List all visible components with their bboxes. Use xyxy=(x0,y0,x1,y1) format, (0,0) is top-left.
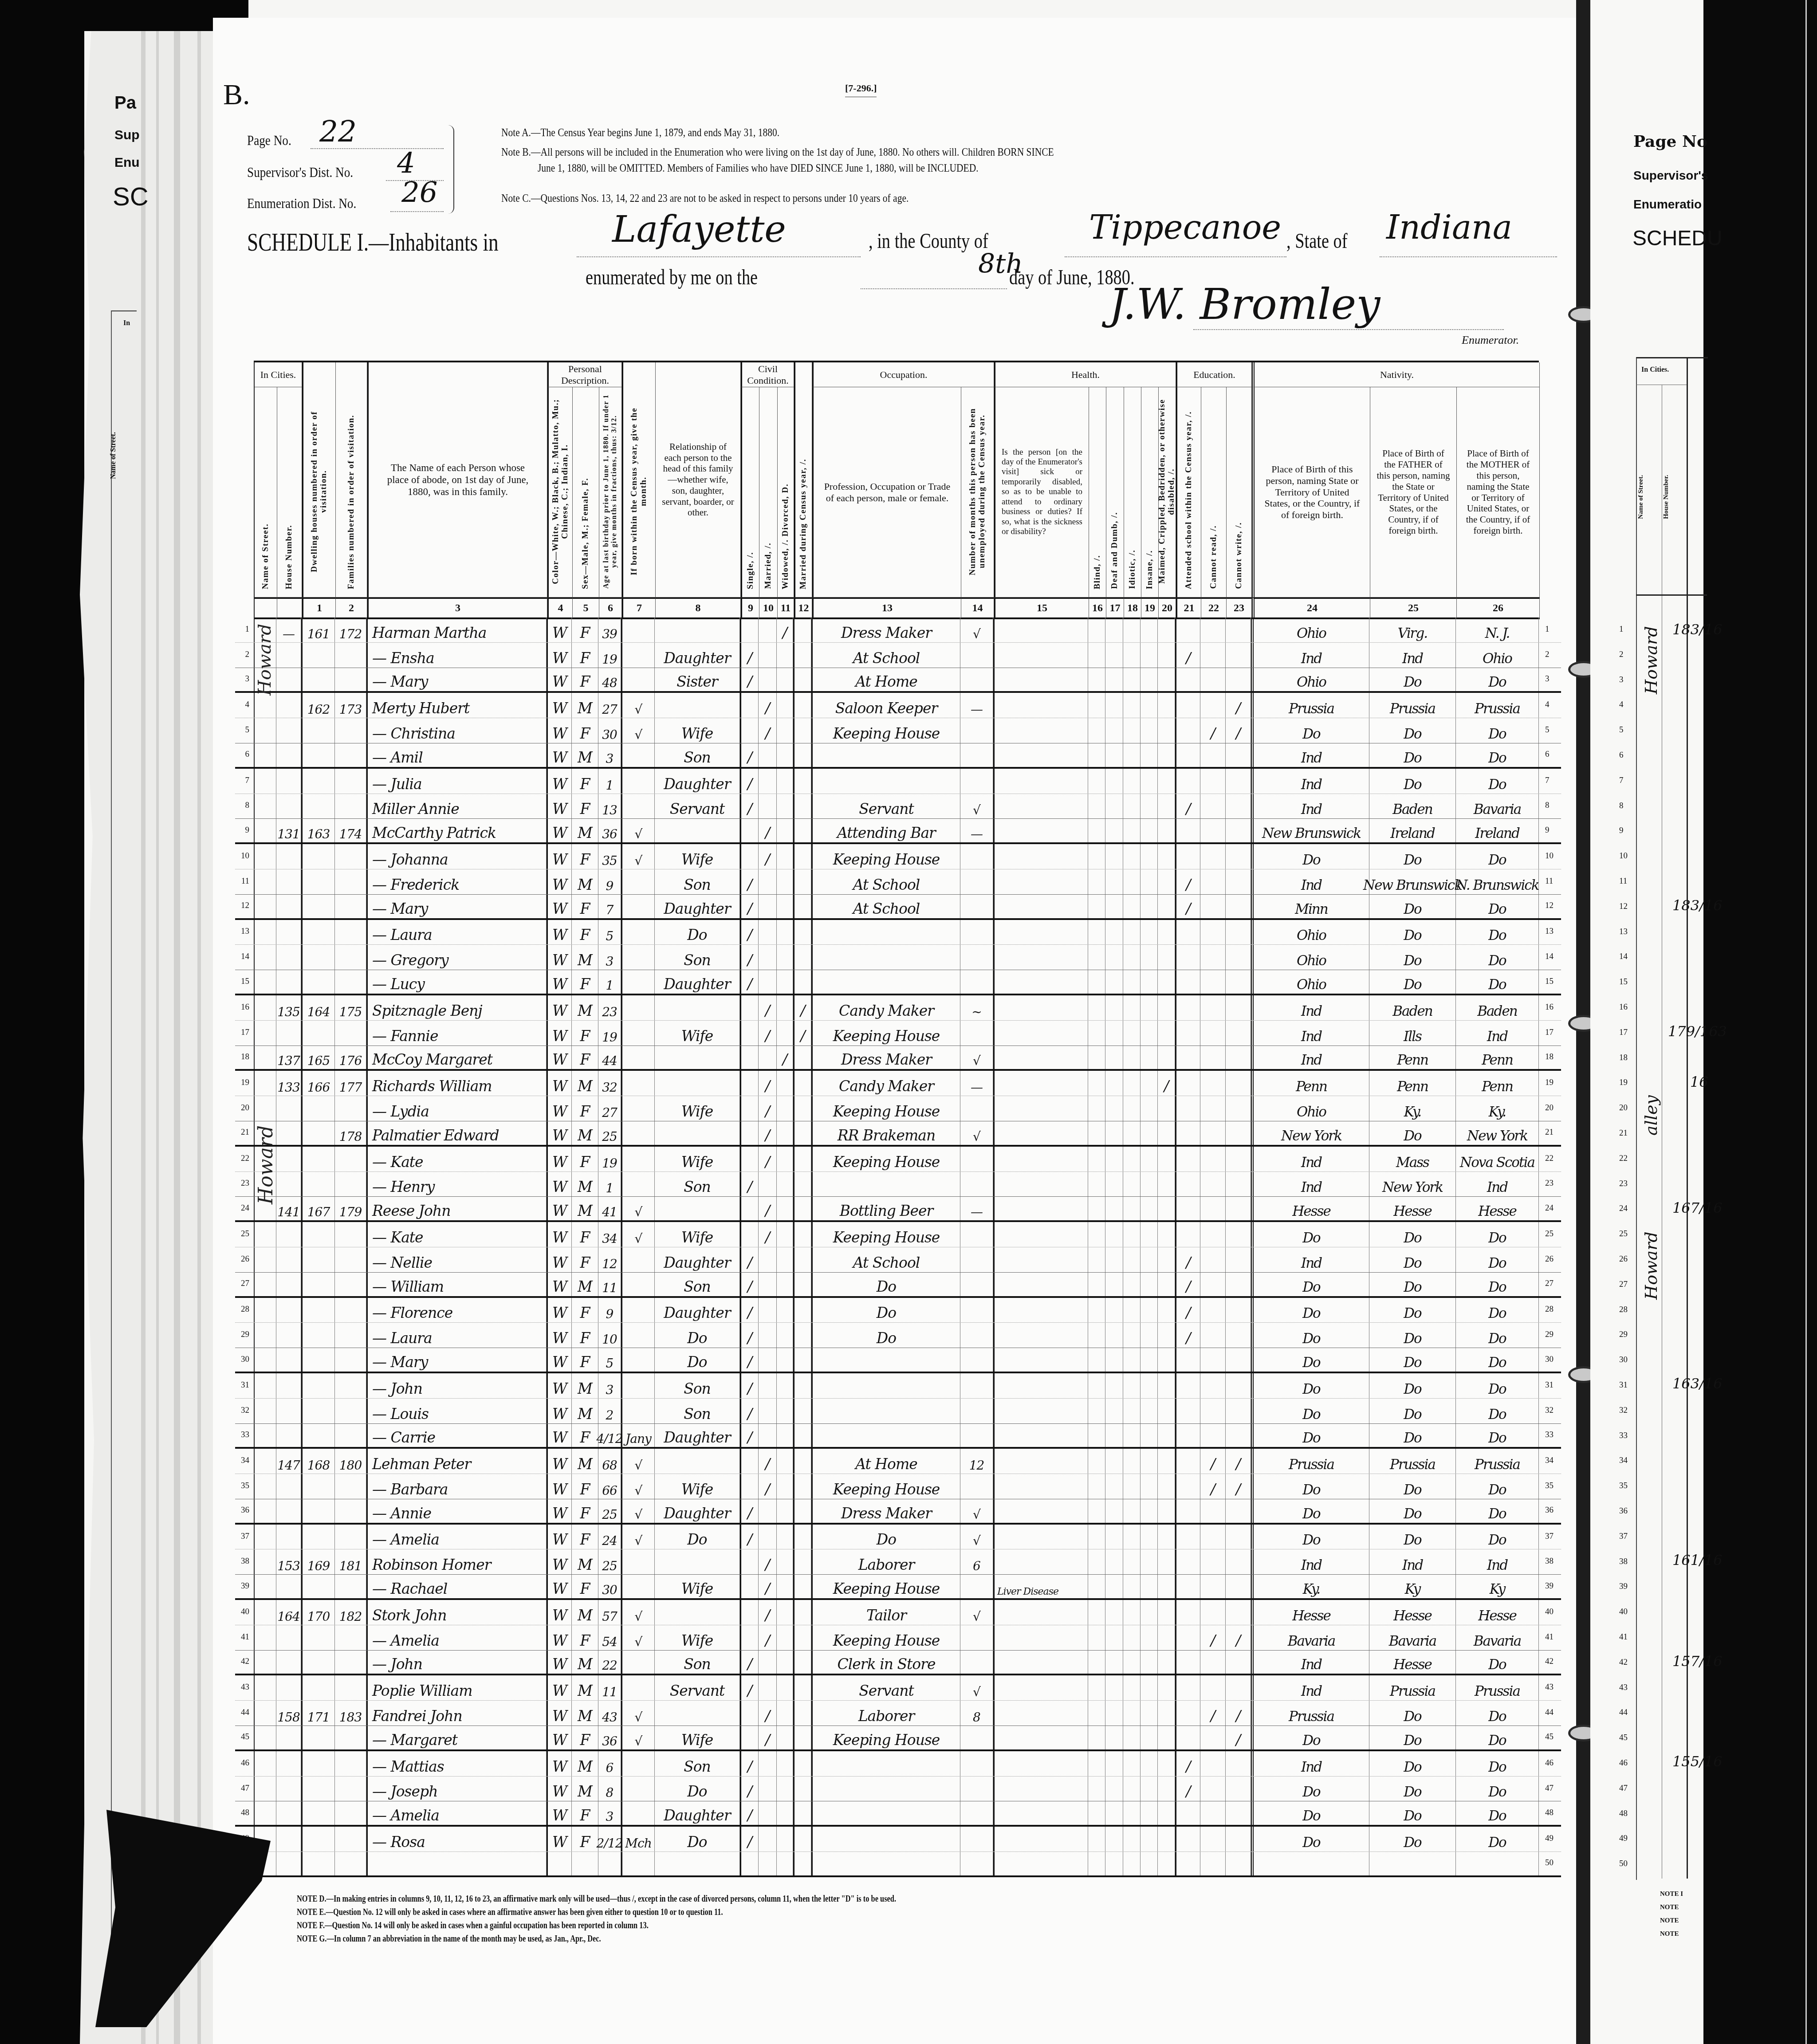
next-page-entry: 163/16 xyxy=(1672,1375,1723,1392)
next-page-row-number: 31 xyxy=(1619,1380,1628,1390)
next-page-row-number: 49 xyxy=(1619,1834,1628,1844)
next-page-row-number: 9 xyxy=(1619,826,1624,836)
next-page-column-line xyxy=(1687,357,1688,1879)
next-page-row-number: 11 xyxy=(1619,877,1627,886)
next-page-annotation: Howard xyxy=(1641,619,1661,694)
next-page-label: Supervisor's xyxy=(1633,169,1708,183)
next-page-row-number: 1 xyxy=(1619,625,1624,634)
next-page-row-number: 38 xyxy=(1619,1557,1628,1567)
next-page-header-line xyxy=(1636,594,1707,596)
next-page-row-number: 16 xyxy=(1619,1002,1628,1012)
next-page-row-number: 33 xyxy=(1619,1431,1628,1441)
next-page-row-number: 46 xyxy=(1619,1758,1628,1768)
next-page-row-number: 25 xyxy=(1619,1229,1628,1239)
next-page-row-number: 13 xyxy=(1619,927,1628,937)
next-page-entry: 183/16 xyxy=(1672,621,1723,638)
ink-blotch xyxy=(0,0,1817,2044)
next-page-row-number: 48 xyxy=(1619,1809,1628,1819)
next-page-row-number: 8 xyxy=(1619,801,1624,811)
next-page-entry: 155/16 xyxy=(1672,1753,1723,1770)
next-page-row-number: 6 xyxy=(1619,751,1624,760)
next-page-row-number: 18 xyxy=(1619,1053,1628,1063)
next-page-row-number: 10 xyxy=(1619,851,1628,861)
next-page-row-number: 17 xyxy=(1619,1028,1628,1038)
next-page-row-number: 28 xyxy=(1619,1305,1628,1315)
next-page-row-number: 44 xyxy=(1619,1708,1628,1718)
next-page-row-number: 39 xyxy=(1619,1582,1628,1592)
next-page-entry: 183/16 xyxy=(1672,897,1723,914)
next-page-house-label: House Number. xyxy=(1663,475,1670,519)
next-page-column-line xyxy=(1662,385,1662,1879)
next-page-note: NOTE xyxy=(1660,1917,1679,1925)
next-page-row-number: 22 xyxy=(1619,1154,1628,1164)
next-page-group-line xyxy=(1636,385,1687,385)
next-page-row-number: 50 xyxy=(1619,1859,1628,1869)
next-page-row-number: 40 xyxy=(1619,1607,1628,1617)
next-page-row-number: 2 xyxy=(1619,650,1624,660)
next-page-entry: 167/16 xyxy=(1672,1199,1723,1216)
next-page-entry: 16 xyxy=(1690,1073,1708,1090)
next-page-row-number: 4 xyxy=(1619,700,1624,710)
next-page-row-number: 43 xyxy=(1619,1683,1628,1693)
next-page-row-number: 41 xyxy=(1619,1632,1628,1642)
next-page-row-number: 36 xyxy=(1619,1506,1628,1516)
next-page-row-number: 7 xyxy=(1619,776,1624,786)
next-page-row-number: 42 xyxy=(1619,1658,1628,1667)
next-page-note: NOTE xyxy=(1660,1904,1679,1911)
next-page-row-number: 3 xyxy=(1619,675,1624,685)
next-page-row-number: 21 xyxy=(1619,1128,1628,1138)
next-page-row-number: 20 xyxy=(1619,1103,1628,1113)
next-page-row-number: 14 xyxy=(1619,952,1628,962)
next-page-row-number: 24 xyxy=(1619,1204,1628,1214)
next-page-row-number: 34 xyxy=(1619,1456,1628,1466)
next-page-note: NOTE I xyxy=(1660,1891,1683,1898)
next-page-row-number: 23 xyxy=(1619,1179,1628,1189)
next-page-annotation: alley xyxy=(1641,1060,1661,1136)
next-page-row-number: 26 xyxy=(1619,1254,1628,1264)
next-page-row-number: 35 xyxy=(1619,1481,1628,1491)
next-page-row-number: 47 xyxy=(1619,1784,1628,1793)
next-page-label: Page No xyxy=(1633,132,1707,151)
next-page-in-cities: In Cities. xyxy=(1641,366,1669,374)
next-page-annotation: Howard xyxy=(1641,1198,1661,1300)
next-page-entry: 179/163 xyxy=(1668,1023,1727,1040)
next-page-row-number: 19 xyxy=(1619,1078,1628,1088)
next-page-row-number: 30 xyxy=(1619,1355,1628,1365)
next-page-label: Enumeratio xyxy=(1633,197,1702,212)
next-page-row-number: 29 xyxy=(1619,1330,1628,1340)
next-page-row-number: 12 xyxy=(1619,902,1628,912)
next-page-row-number: 32 xyxy=(1619,1406,1628,1415)
next-page-note: NOTE xyxy=(1660,1930,1679,1938)
next-page-row-number: 45 xyxy=(1619,1733,1628,1743)
next-page-entry: 157/16 xyxy=(1672,1653,1723,1670)
next-page-row-number: 5 xyxy=(1619,725,1624,735)
next-page-row-number: 27 xyxy=(1619,1280,1628,1289)
next-page-row-number: 15 xyxy=(1619,977,1628,987)
next-page-label: SCHEDU xyxy=(1632,226,1723,251)
next-page-row-number: 37 xyxy=(1619,1532,1628,1541)
next-page-street-label: Name of Street. xyxy=(1637,475,1645,519)
next-page-entry: 161/16 xyxy=(1672,1552,1723,1568)
